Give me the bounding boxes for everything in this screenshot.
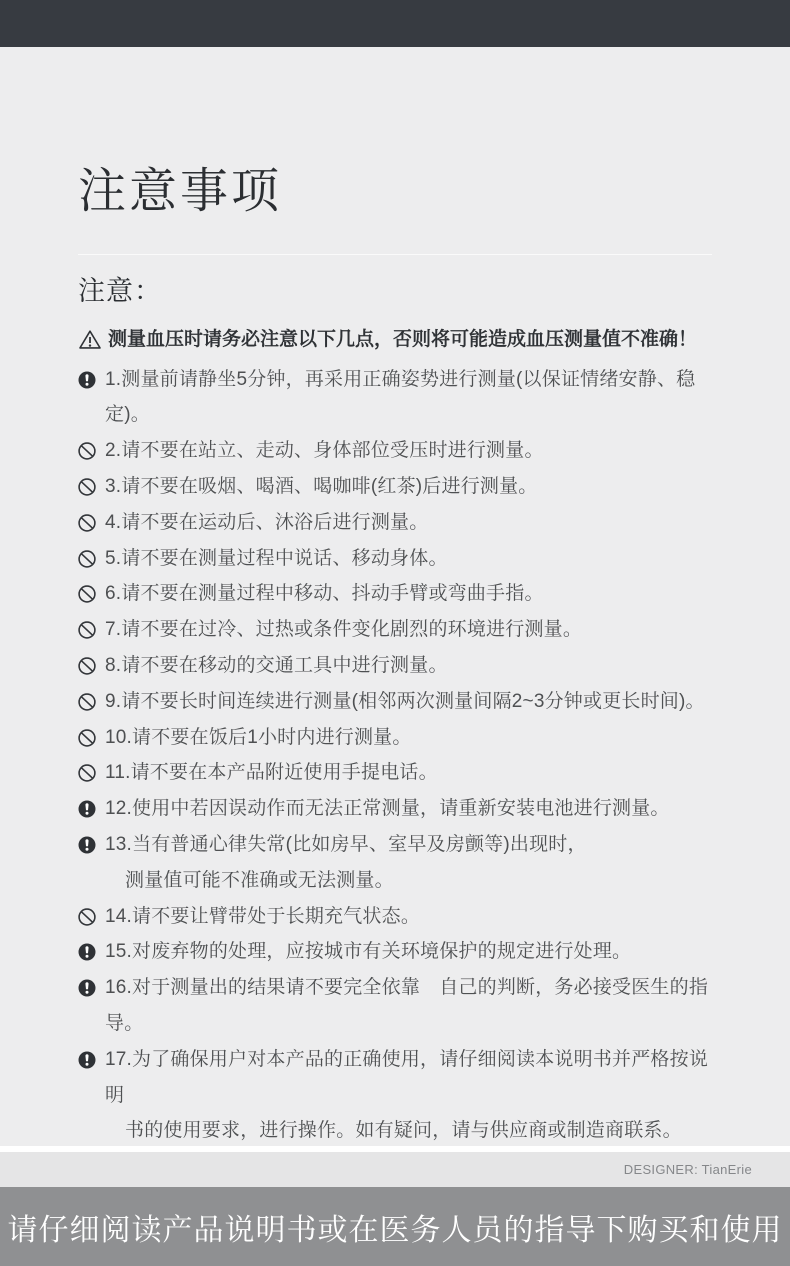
note-text: 1.测量前请静坐5分钟，再采用正确姿势进行测量(以保证情绪安静、稳定)。 (105, 362, 712, 434)
note-text: 13.当有普通心律失常(比如房早、室早及房颤等)出现时，测量值可能不准确或无法测… (105, 827, 712, 899)
designer-strip: DESIGNER: TianErie (0, 1152, 790, 1187)
note-text: 17.为了确保用户对本产品的正确使用，请仔细阅读本说明书并严格按说明书的使用要求… (105, 1042, 712, 1146)
note-line: 书的使用要求，进行操作。如有疑问，请与供应商或制造商联系。 (105, 1113, 712, 1146)
note-line: 7.请不要在过冷、过热或条件变化剧烈的环境进行测量。 (105, 612, 712, 648)
note-item: 2.请不要在站立、走动、身体部位受压时进行测量。 (78, 433, 712, 469)
alert-circle-icon (78, 836, 96, 854)
alert-circle-icon (78, 371, 96, 389)
no-sign-icon (78, 657, 96, 675)
note-item: 10.请不要在饭后1小时内进行测量。 (78, 720, 712, 756)
note-item: 13.当有普通心律失常(比如房早、室早及房颤等)出现时，测量值可能不准确或无法测… (78, 827, 712, 899)
note-line: 14.请不要让臂带处于长期充气状态。 (105, 899, 712, 935)
note-line: 13.当有普通心律失常(比如房早、室早及房颤等)出现时， (105, 827, 712, 863)
note-text: 9.请不要长时间连续进行测量(相邻两次测量间隔2~3分钟或更长时间)。 (105, 684, 712, 720)
footer-bar: 请仔细阅读产品说明书或在医务人员的指导下购买和使用 (0, 1187, 790, 1266)
alert-circle-icon (78, 800, 96, 818)
note-line: 17.为了确保用户对本产品的正确使用，请仔细阅读本说明书并严格按说明 (105, 1042, 712, 1114)
designer-credit: DESIGNER: TianErie (624, 1162, 752, 1177)
divider (78, 254, 712, 255)
note-item: 7.请不要在过冷、过热或条件变化剧烈的环境进行测量。 (78, 612, 712, 648)
note-line: 1.测量前请静坐5分钟，再采用正确姿势进行测量(以保证情绪安静、稳定)。 (105, 362, 712, 434)
note-line: 10.请不要在饭后1小时内进行测量。 (105, 720, 712, 756)
note-text: 6.请不要在测量过程中移动、抖动手臂或弯曲手指。 (105, 576, 712, 612)
note-item: 16.对于测量出的结果请不要完全依靠 自己的判断，务必接受医生的指导。 (78, 970, 712, 1042)
note-item: 4.请不要在运动后、沐浴后进行测量。 (78, 505, 712, 541)
notes-list: 1.测量前请静坐5分钟，再采用正确姿势进行测量(以保证情绪安静、稳定)。 2.请… (78, 362, 712, 1146)
note-line: 3.请不要在吸烟、喝酒、喝咖啡(红茶)后进行测量。 (105, 469, 712, 505)
note-line: 12.使用中若因误动作而无法正常测量，请重新安装电池进行测量。 (105, 791, 712, 827)
note-line: 11.请不要在本产品附近使用手提电话。 (105, 755, 712, 791)
no-sign-icon (78, 693, 96, 711)
note-item: 12.使用中若因误动作而无法正常测量，请重新安装电池进行测量。 (78, 791, 712, 827)
warning-text: 测量血压时请务必注意以下几点，否则将可能造成血压测量值不准确！ (108, 326, 697, 353)
alert-circle-icon (78, 979, 96, 997)
no-sign-icon (78, 729, 96, 747)
content-area: 注意事项 注意： 测量血压时请务必注意以下几点，否则将可能造成血压测量值不准确！ (0, 47, 790, 1146)
note-line: 4.请不要在运动后、沐浴后进行测量。 (105, 505, 712, 541)
no-sign-icon (78, 621, 96, 639)
warning-triangle-icon (78, 326, 102, 358)
note-text: 8.请不要在移动的交通工具中进行测量。 (105, 648, 712, 684)
note-text: 16.对于测量出的结果请不要完全依靠 自己的判断，务必接受医生的指导。 (105, 970, 712, 1042)
no-sign-icon (78, 908, 96, 926)
top-bar (0, 0, 790, 47)
page-title: 注意事项 (78, 163, 712, 221)
note-text: 2.请不要在站立、走动、身体部位受压时进行测量。 (105, 433, 712, 469)
note-item: 8.请不要在移动的交通工具中进行测量。 (78, 648, 712, 684)
note-line: 16.对于测量出的结果请不要完全依靠 自己的判断，务必接受医生的指导。 (105, 970, 712, 1042)
note-line: 8.请不要在移动的交通工具中进行测量。 (105, 648, 712, 684)
note-item: 3.请不要在吸烟、喝酒、喝咖啡(红茶)后进行测量。 (78, 469, 712, 505)
warning-row: 测量血压时请务必注意以下几点，否则将可能造成血压测量值不准确！ (78, 326, 712, 358)
no-sign-icon (78, 550, 96, 568)
note-item: 14.请不要让臂带处于长期充气状态。 (78, 899, 712, 935)
no-sign-icon (78, 764, 96, 782)
note-item: 11.请不要在本产品附近使用手提电话。 (78, 755, 712, 791)
note-item: 1.测量前请静坐5分钟，再采用正确姿势进行测量(以保证情绪安静、稳定)。 (78, 362, 712, 434)
section-heading: 注意： (78, 276, 712, 307)
note-line: 5.请不要在测量过程中说话、移动身体。 (105, 541, 712, 577)
note-text: 7.请不要在过冷、过热或条件变化剧烈的环境进行测量。 (105, 612, 712, 648)
note-text: 11.请不要在本产品附近使用手提电话。 (105, 755, 712, 791)
note-text: 10.请不要在饭后1小时内进行测量。 (105, 720, 712, 756)
note-line: 15.对废弃物的处理，应按城市有关环境保护的规定进行处理。 (105, 934, 712, 970)
note-text: 4.请不要在运动后、沐浴后进行测量。 (105, 505, 712, 541)
no-sign-icon (78, 478, 96, 496)
note-text: 14.请不要让臂带处于长期充气状态。 (105, 899, 712, 935)
note-line: 9.请不要长时间连续进行测量(相邻两次测量间隔2~3分钟或更长时间)。 (105, 684, 712, 720)
note-item: 17.为了确保用户对本产品的正确使用，请仔细阅读本说明书并严格按说明书的使用要求… (78, 1042, 712, 1146)
alert-circle-icon (78, 943, 96, 961)
note-item: 5.请不要在测量过程中说话、移动身体。 (78, 541, 712, 577)
alert-circle-icon (78, 1051, 96, 1069)
note-text: 5.请不要在测量过程中说话、移动身体。 (105, 541, 712, 577)
note-line: 2.请不要在站立、走动、身体部位受压时进行测量。 (105, 433, 712, 469)
no-sign-icon (78, 585, 96, 603)
note-item: 9.请不要长时间连续进行测量(相邻两次测量间隔2~3分钟或更长时间)。 (78, 684, 712, 720)
note-text: 3.请不要在吸烟、喝酒、喝咖啡(红茶)后进行测量。 (105, 469, 712, 505)
no-sign-icon (78, 514, 96, 532)
note-item: 6.请不要在测量过程中移动、抖动手臂或弯曲手指。 (78, 576, 712, 612)
note-text: 12.使用中若因误动作而无法正常测量，请重新安装电池进行测量。 (105, 791, 712, 827)
no-sign-icon (78, 442, 96, 460)
note-item: 15.对废弃物的处理，应按城市有关环境保护的规定进行处理。 (78, 934, 712, 970)
precautions-page: 注意事项 注意： 测量血压时请务必注意以下几点，否则将可能造成血压测量值不准确！ (0, 0, 790, 1266)
note-line: 测量值可能不准确或无法测量。 (105, 863, 712, 899)
footer-notice-text: 请仔细阅读产品说明书或在医务人员的指导下购买和使用 (8, 1205, 783, 1249)
note-text: 15.对废弃物的处理，应按城市有关环境保护的规定进行处理。 (105, 934, 712, 970)
note-line: 6.请不要在测量过程中移动、抖动手臂或弯曲手指。 (105, 576, 712, 612)
